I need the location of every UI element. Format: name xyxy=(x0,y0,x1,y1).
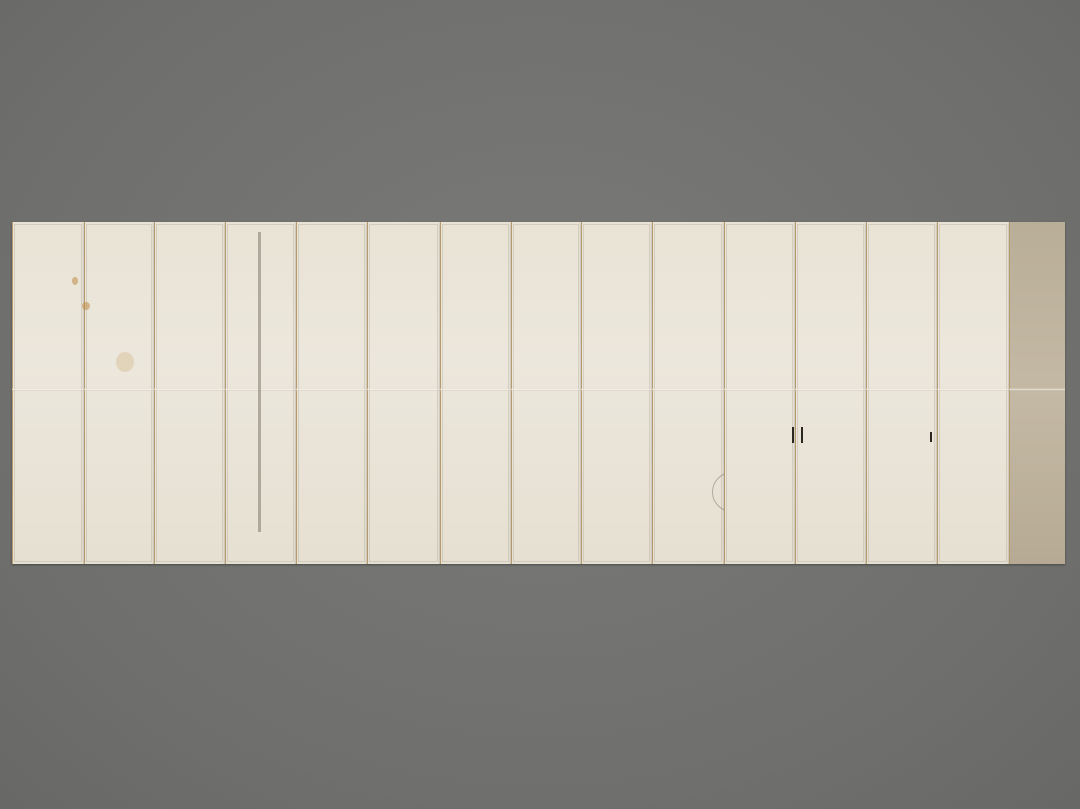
map-panel xyxy=(296,222,367,564)
map-panel xyxy=(12,222,84,564)
map-panel xyxy=(652,222,724,564)
map-cover-panel xyxy=(1009,222,1065,564)
map-panel xyxy=(440,222,511,564)
map-panel xyxy=(367,222,440,564)
map-panel xyxy=(795,222,866,564)
map-panel xyxy=(937,222,1009,564)
map-panel xyxy=(225,222,296,564)
map-panel xyxy=(84,222,154,564)
map-panel xyxy=(581,222,652,564)
map-panel xyxy=(154,222,225,564)
map-panel xyxy=(724,222,795,564)
folded-map-sheet xyxy=(12,222,1065,564)
map-panel xyxy=(511,222,581,564)
map-panel xyxy=(866,222,937,564)
